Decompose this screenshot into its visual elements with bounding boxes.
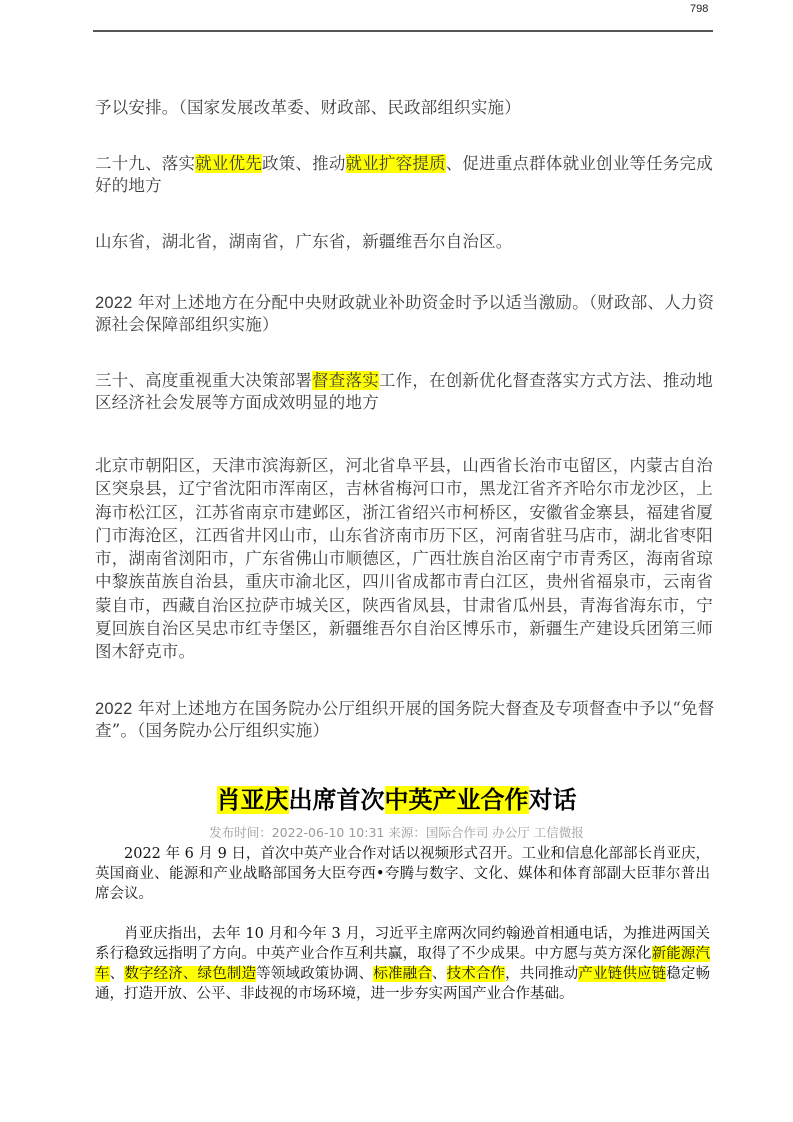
highlight-cooperation: 中英产业合作: [385, 786, 529, 814]
text: 、: [432, 966, 447, 982]
paragraph-arrangement: 予以安排。（国家发展改革委、财政部、民政部组织实施）: [95, 97, 720, 119]
year: 2022: [95, 700, 133, 718]
highlight-employment-expansion: 就业扩容提质: [346, 154, 446, 173]
highlight-employment-priority: 就业优先: [195, 154, 262, 173]
page-number: 798: [690, 3, 708, 15]
text: 年对上述地方在分配中央财政就业补助资金时予以适当激励。（财政部、人力资源社会保障…: [95, 293, 714, 334]
paragraph-localities-list: 北京市朝阳区，天津市滨海新区，河北省阜平县，山西省长治市屯留区，内蒙古自治区突泉…: [95, 454, 720, 664]
highlight-supervision: 督查落实: [312, 371, 379, 390]
text: 政策、推动: [262, 154, 346, 173]
highlight-tech-coop: 技术合作: [447, 966, 506, 982]
article-meta: 发布时间：2022-06-10 10:31 来源：国际合作司 办公厅 工信微报: [0, 823, 793, 841]
text: 对话: [529, 786, 577, 814]
heading-item-30: 三十、高度重视重大决策部署督查落实工作，在创新优化督查落实方式方法、推动地区经济…: [95, 370, 720, 414]
text: 二十九、落实: [95, 154, 195, 173]
article-paragraph-1: 2022 年 6 月 9 日，首次中英产业合作对话以视频形式召开。工业和信息化部…: [95, 844, 710, 904]
paragraph-exemption-2022: 2022 年对上述地方在国务院办公厅组织开展的国务院大督查及专项督查中予以“免督…: [95, 698, 720, 742]
text: 、: [110, 966, 125, 982]
text: 出席首次: [289, 786, 385, 814]
highlight-digital-green: 数字经济、绿色制造: [124, 966, 256, 982]
heading-item-29: 二十九、落实就业优先政策、推动就业扩容提质、促进重点群体就业创业等任务完成好的地…: [95, 153, 720, 197]
year: 2022: [95, 294, 133, 312]
highlight-supply-chain: 产业链供应链: [578, 966, 666, 982]
article-title: 肖亚庆出席首次中英产业合作对话: [0, 783, 793, 817]
text: 肖亚庆指出，去年 10 月和今年 3 月，习近平主席两次同约翰逊首相通电话，为推…: [95, 926, 710, 962]
text: ，共同推动: [505, 966, 578, 982]
highlight-name: 肖亚庆: [217, 786, 289, 814]
header-divider: [93, 30, 713, 32]
paragraph-provinces-list: 山东省，湖北省，湖南省，广东省，新疆维吾尔自治区。: [95, 231, 720, 253]
highlight-standards: 标准融合: [373, 966, 432, 982]
article-paragraph-2: 肖亚庆指出，去年 10 月和今年 3 月，习近平主席两次同约翰逊首相通电话，为推…: [95, 924, 710, 1004]
text: 等领域政策协调、: [256, 966, 373, 982]
paragraph-incentive-2022: 2022 年对上述地方在分配中央财政就业补助资金时予以适当激励。（财政部、人力资…: [95, 292, 720, 336]
text: 年对上述地方在国务院办公厅组织开展的国务院大督查及专项督查中予以“免督查”。（国…: [95, 699, 714, 740]
text: 三十、高度重视重大决策部署: [95, 371, 312, 390]
